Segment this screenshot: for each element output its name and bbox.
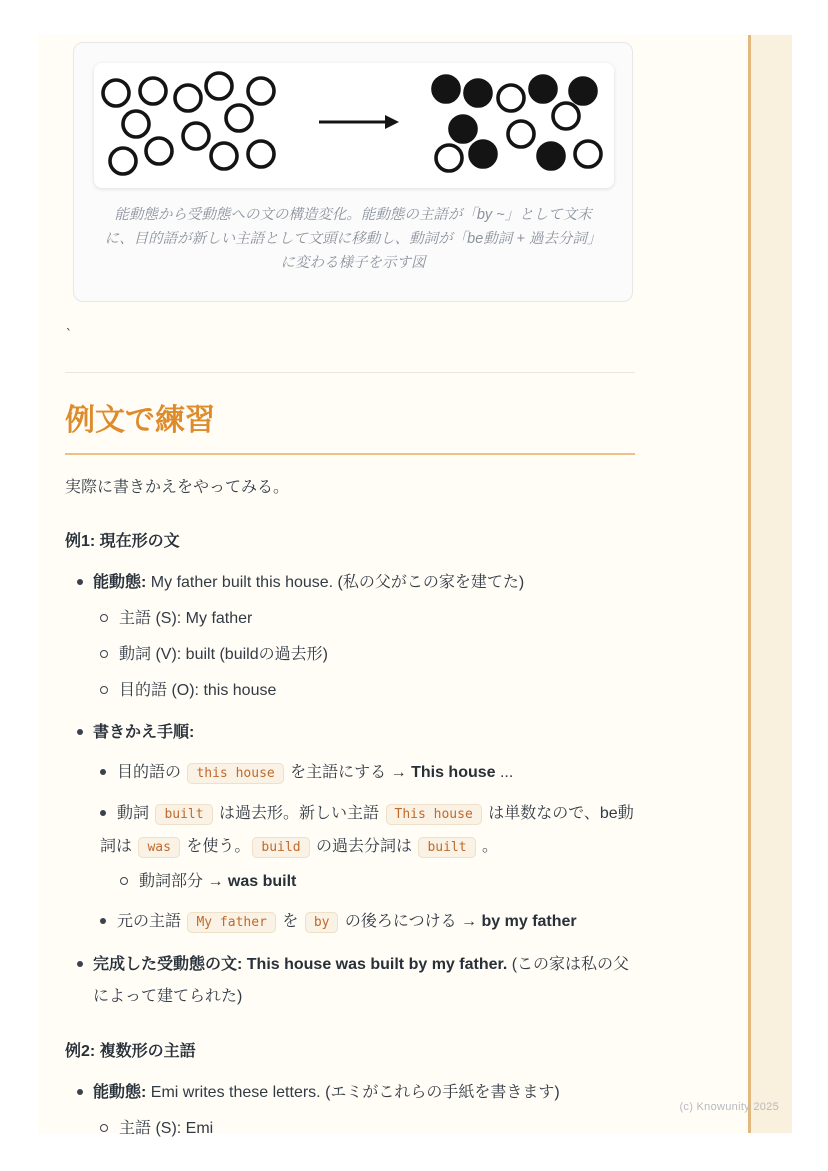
outline-circle xyxy=(211,143,237,169)
bold-text: by my father xyxy=(482,913,577,930)
bold-text: was built xyxy=(228,873,296,890)
disc-bullet xyxy=(77,579,83,585)
outline-circle xyxy=(103,80,129,106)
figure-image xyxy=(94,63,614,188)
list-item: 動詞 built は過去形。新しい主語 This house は単数なので、be… xyxy=(65,798,635,864)
item-text: 完成した受動態の文: This house was built by my fa… xyxy=(93,949,635,1013)
outline-circle xyxy=(146,138,172,164)
filled-circle xyxy=(465,80,491,106)
section-heading: 例文で練習 xyxy=(65,403,635,455)
bold-text: This house xyxy=(411,764,495,781)
circle-bullet xyxy=(120,877,128,885)
outline-circle xyxy=(110,148,136,174)
intro-paragraph: 実際に書きかえをやってみる。 xyxy=(65,473,635,503)
filled-circle xyxy=(450,116,476,142)
example-heading: 例2: 複数形の主語 xyxy=(65,1037,635,1067)
page-content: 能動態から受動態への文の構造変化。能動態の主語が「by ~」として文末に、目的語… xyxy=(65,35,635,1145)
outline-circle xyxy=(175,85,201,111)
filled-circle xyxy=(470,141,496,167)
list-item: 目的語の this house を主語にする → This house ... xyxy=(65,757,635,790)
list-item: 能動態: My father built this house. (私の父がこの… xyxy=(65,567,635,599)
item-text: 書きかえ手順: xyxy=(93,717,194,749)
outline-circle xyxy=(553,103,579,129)
list-item: 主語 (S): My father xyxy=(65,603,635,635)
watermark: (c) Knowunity 2025 xyxy=(679,1101,779,1113)
list-item: 動詞 (V): built (buildの過去形) xyxy=(65,639,635,671)
circle-bullet xyxy=(100,686,108,694)
example-heading: 例1: 現在形の文 xyxy=(65,527,635,557)
inline-code: was xyxy=(138,837,179,858)
circle-bullet xyxy=(100,650,108,658)
inline-code: built xyxy=(155,804,212,825)
outline-circle xyxy=(226,105,252,131)
list-item: 元の主語 My father を by の後ろにつける → by my fath… xyxy=(65,906,635,939)
list-item: 動詞部分 → was built xyxy=(65,866,635,898)
inline-code: this house xyxy=(187,763,283,784)
item-text: 能動態: Emi writes these letters. (エミがこれらの手… xyxy=(93,1077,560,1109)
disc-bullet xyxy=(100,918,106,924)
section-divider xyxy=(65,372,635,373)
filled-circle xyxy=(570,78,596,104)
figure-card: 能動態から受動態への文の構造変化。能動態の主語が「by ~」として文末に、目的語… xyxy=(73,42,633,302)
outline-circle xyxy=(206,73,232,99)
disc-bullet xyxy=(77,729,83,735)
bullet-column xyxy=(65,567,93,599)
inline-code: by xyxy=(305,912,339,933)
inline-code: This house xyxy=(386,804,482,825)
circle-bullet xyxy=(100,614,108,622)
disc-bullet xyxy=(77,961,83,967)
list-item: 書きかえ手順: xyxy=(65,717,635,749)
list-item: 能動態: Emi writes these letters. (エミがこれらの手… xyxy=(65,1077,635,1109)
inline-code: My father xyxy=(187,912,275,933)
bullet-column xyxy=(65,717,93,749)
outline-circle xyxy=(248,141,274,167)
document-page: 能動態から受動態への文の構造変化。能動態の主語が「by ~」として文末に、目的語… xyxy=(38,35,792,1133)
list-item: 完成した受動態の文: This house was built by my fa… xyxy=(65,949,635,1013)
figure-caption: 能動態から受動態への文の構造変化。能動態の主語が「by ~」として文末に、目的語… xyxy=(100,203,606,275)
filled-circle xyxy=(538,143,564,169)
filled-circle xyxy=(433,76,459,102)
circles-diagram xyxy=(94,63,614,188)
filled-circle xyxy=(530,76,556,102)
bold-text: 完成した受動態の文: This house was built by my fa… xyxy=(93,956,507,973)
bullet-column xyxy=(65,949,93,1013)
bullet-column xyxy=(65,1077,93,1109)
list-item: 主語 (S): Emi xyxy=(65,1113,635,1145)
disc-bullet xyxy=(77,1089,83,1095)
item-text: 能動態: My father built this house. (私の父がこの… xyxy=(93,567,524,599)
disc-bullet xyxy=(100,769,106,775)
disc-bullet xyxy=(100,810,106,816)
stray-backtick: ` xyxy=(65,328,635,343)
outline-circle xyxy=(123,111,149,137)
list-item: 目的語 (O): this house xyxy=(65,675,635,707)
bold-text: 能動態: xyxy=(93,574,146,591)
bold-text: 書きかえ手順: xyxy=(93,724,194,741)
page-edge-accent-band xyxy=(748,35,792,1133)
circle-bullet xyxy=(100,1124,108,1132)
bold-text: 能動態: xyxy=(93,1084,146,1101)
outline-circle xyxy=(498,85,524,111)
outline-circle xyxy=(140,78,166,104)
inline-code: built xyxy=(418,837,475,858)
outline-circle xyxy=(575,141,601,167)
inline-code: build xyxy=(252,837,309,858)
content-blocks: 例1: 現在形の文能動態: My father built this house… xyxy=(65,527,635,1145)
outline-circle xyxy=(183,123,209,149)
outline-circle xyxy=(248,78,274,104)
outline-circle xyxy=(508,121,534,147)
outline-circle xyxy=(436,145,462,171)
arrow-head xyxy=(385,115,399,129)
